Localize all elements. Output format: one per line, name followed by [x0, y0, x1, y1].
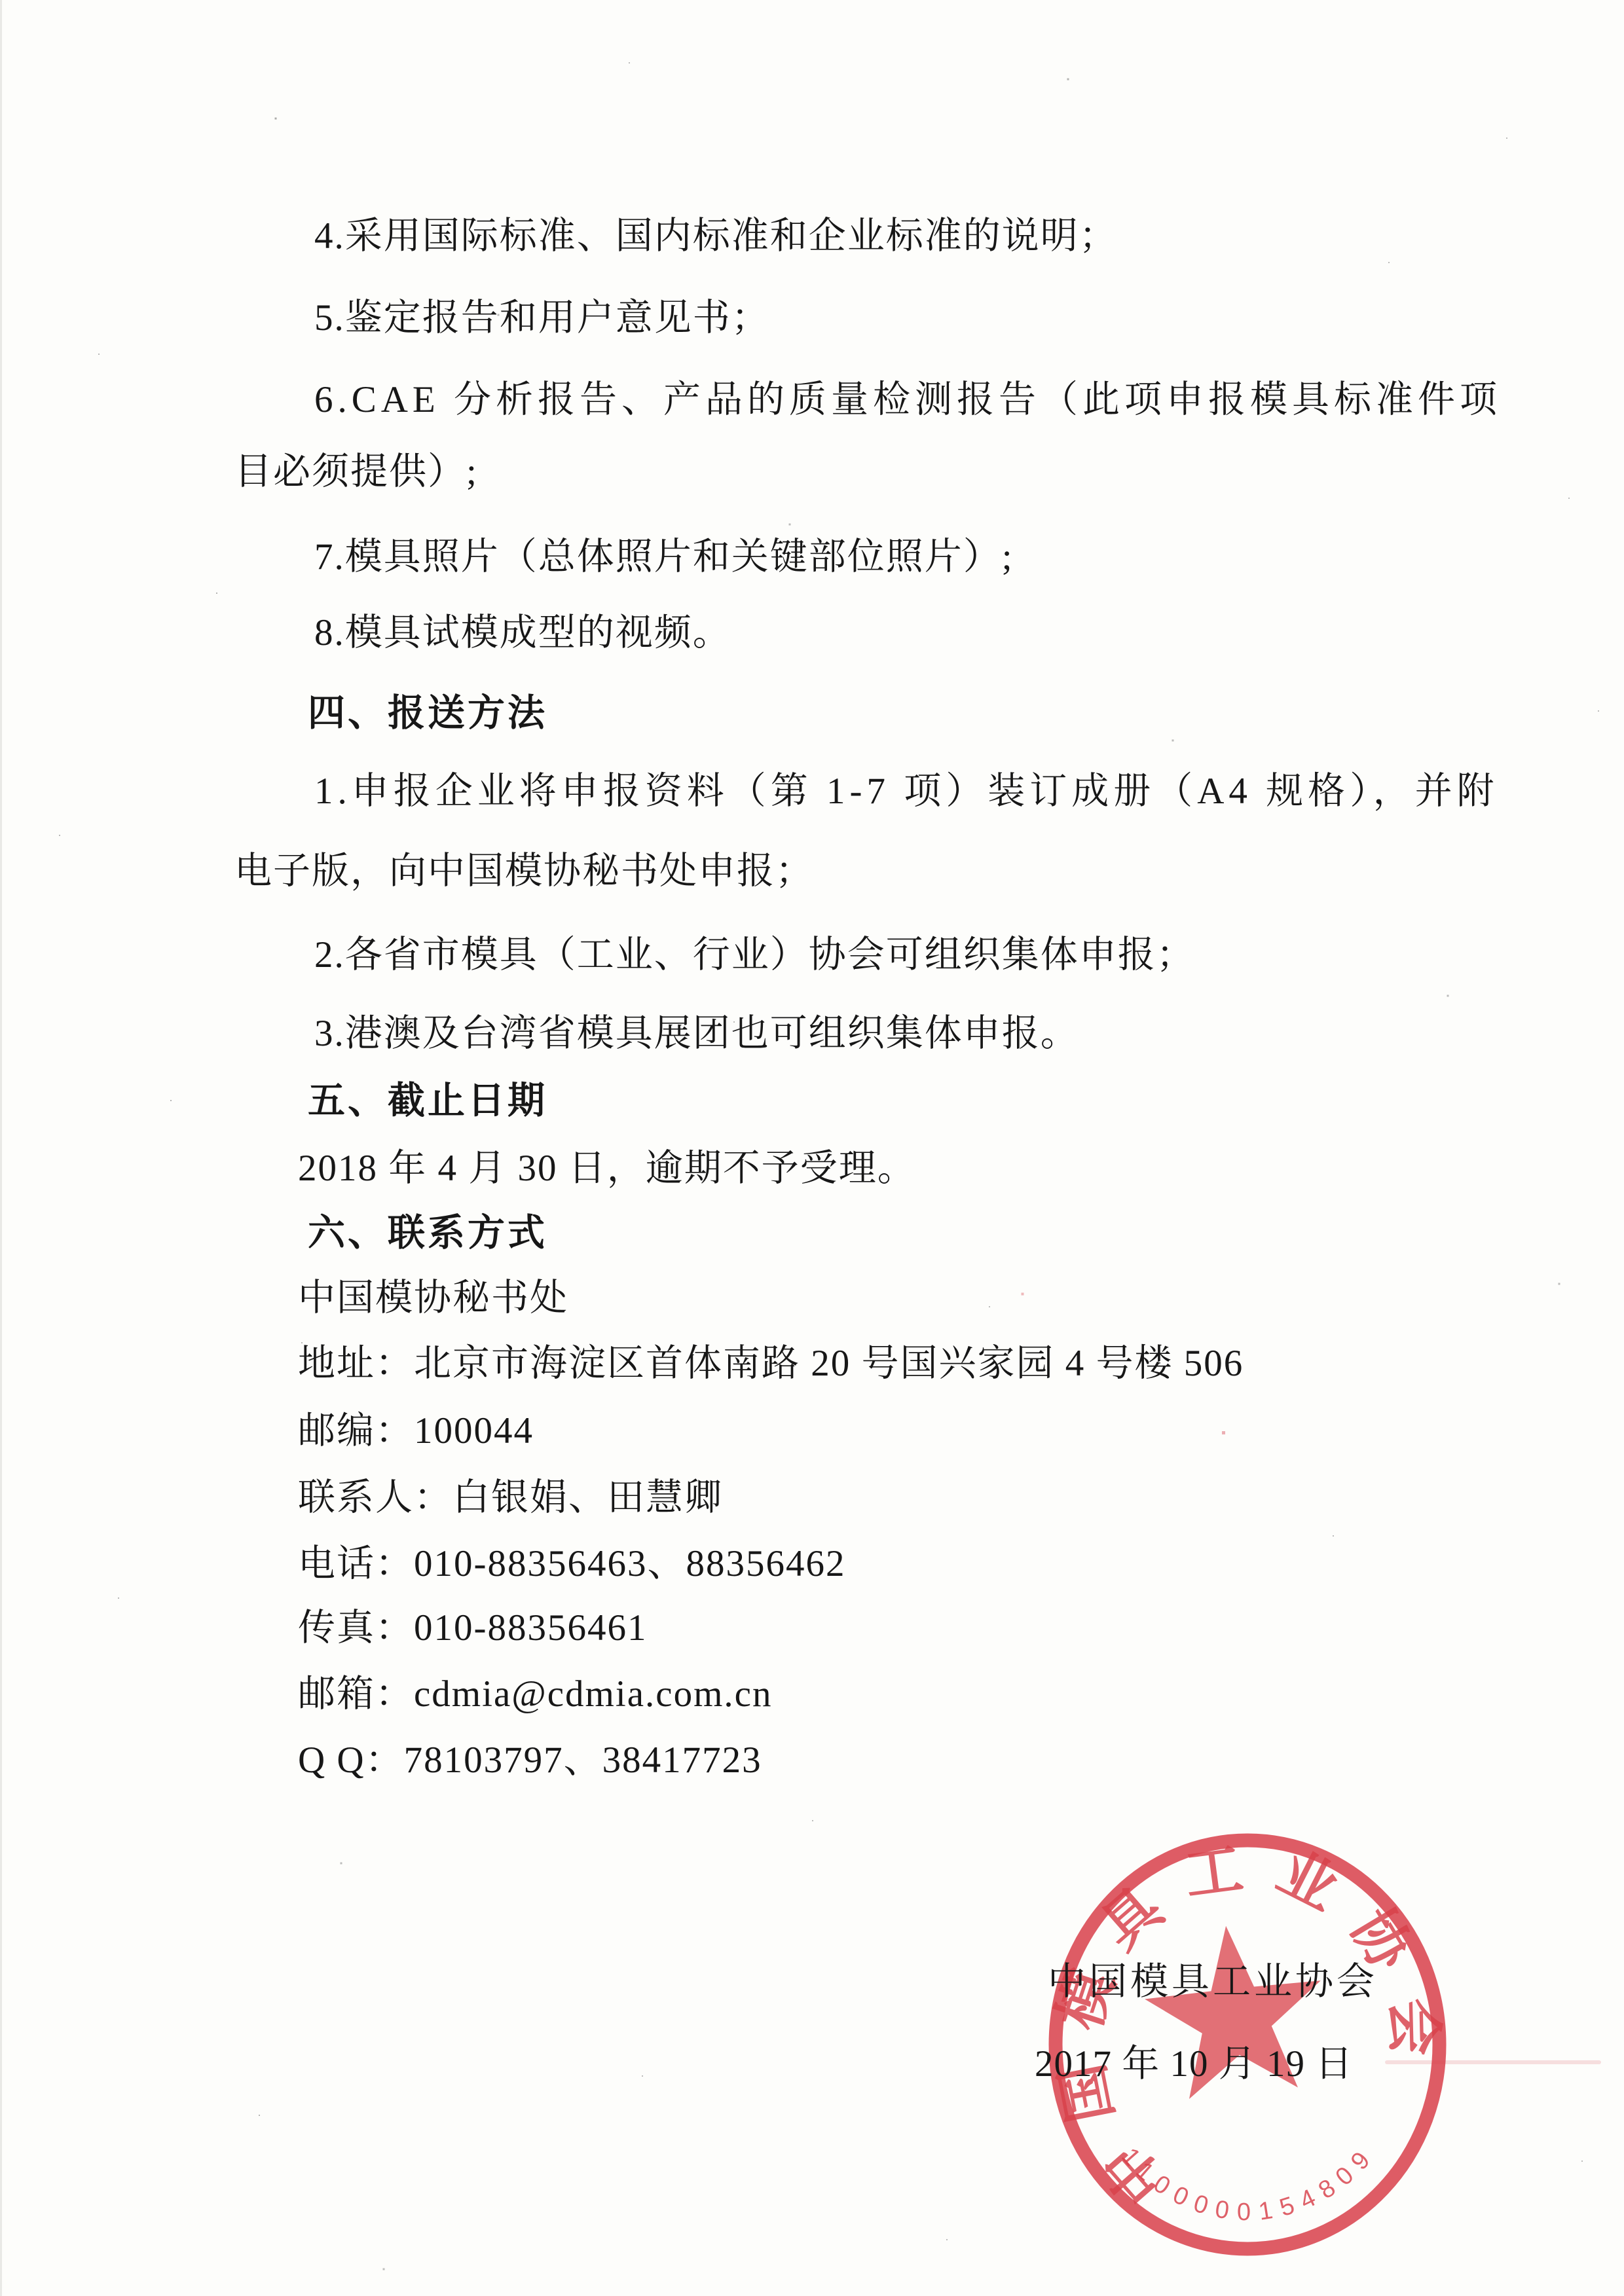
- submission-item-2: 2.各省市模具（工业、行业）协会可组织集体申报；: [314, 935, 1195, 976]
- contact-fax: 传真：010-88356461: [298, 1608, 647, 1649]
- contact-phone: 电话：010-88356463、88356462: [298, 1544, 845, 1585]
- contact-qq: Q Q：78103797、38417723: [298, 1740, 762, 1781]
- scan-noise-red: [0, 0, 2, 2]
- submission-item-3: 3.港澳及台湾省模具展团也可组织集体申报。: [314, 1013, 1079, 1055]
- contact-persons: 联系人：白银娟、田慧卿: [298, 1478, 723, 1519]
- contact-email: 邮箱：cdmia@cdmia.com.cn: [298, 1674, 772, 1715]
- attachment-item-7: 7.模具照片（总体照片和关键部位照片）;: [314, 537, 1014, 578]
- contact-address: 地址：北京市海淀区首体南路 20 号国兴家园 4 号楼 506: [298, 1343, 1244, 1385]
- submission-item-1-line2: 电子版，向中国模协秘书处申报；: [234, 851, 814, 892]
- section-heading-deadline: 五、截止日期: [308, 1080, 547, 1121]
- submission-item-1-line1: 1.申报企业将申报资料（第 1-7 项）装订成册（A4 规格），并附: [314, 771, 1499, 812]
- signature-org: 中国模具工业协会: [1048, 1961, 1378, 2003]
- scan-edge-artifact: [0, 0, 2, 2296]
- signature-date: 2017 年 10 月 19 日: [1035, 2044, 1353, 2085]
- attachment-item-5: 5.鉴定报告和用户意见书；: [314, 298, 770, 339]
- attachment-item-6-line2: 目必须提供）;: [234, 452, 478, 493]
- section-heading-contact: 六、联系方式: [308, 1212, 547, 1254]
- contact-postcode: 邮编：100044: [298, 1411, 534, 1452]
- attachment-item-6-line1: 6.CAE 分析报告、产品的质量检测报告（此项申报模具标准件项: [314, 380, 1502, 421]
- section-heading-submission: 四、报送方法: [308, 693, 547, 734]
- scanned-document-page: { "document": { "attachments_list": { "i…: [0, 0, 1624, 2296]
- contact-org: 中国模协秘书处: [298, 1278, 568, 1319]
- deadline-text: 2018 年 4 月 30 日，逾期不予受理。: [298, 1148, 916, 1190]
- attachment-item-8: 8.模具试模成型的视频。: [314, 613, 731, 654]
- attachment-item-4: 4.采用国际标准、国内标准和企业标准的说明；: [314, 216, 1118, 257]
